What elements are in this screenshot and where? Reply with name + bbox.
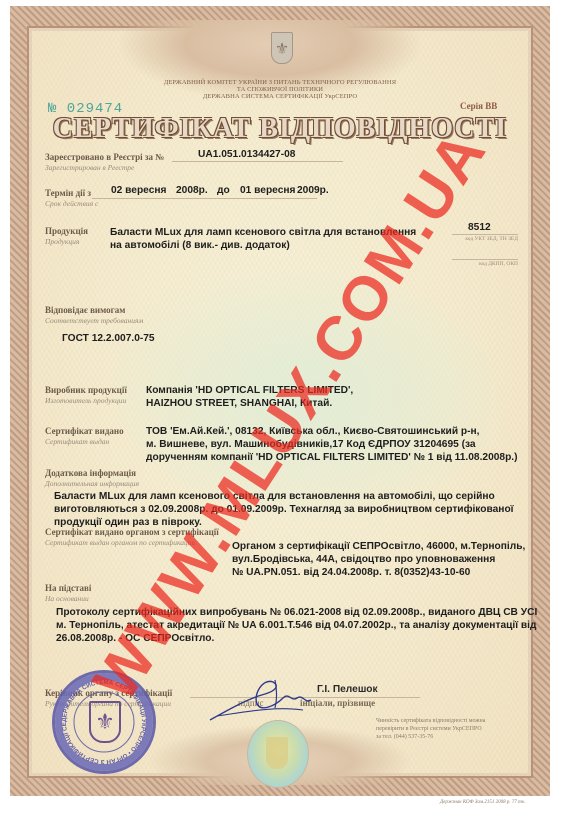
signature-handwriting <box>205 676 315 726</box>
registry-label-ru: Зарегистрирован в Реестре <box>45 163 134 172</box>
additional-info-label: Додаткова інформація <box>45 468 136 478</box>
product-code: 8512 <box>468 221 491 234</box>
issued-to-label-ru: Сертификат выдан <box>45 437 109 446</box>
validity-to-word: до <box>217 184 230 197</box>
trident-coat-of-arms-icon: ⚜ <box>271 32 293 64</box>
validity-from-year: 2008р. <box>176 184 208 197</box>
requirements-label: Відповідає вимогам <box>45 305 125 315</box>
validity-label: Термін дії з <box>45 188 91 198</box>
verification-note-line-3: за тел. (044) 537-35-76 <box>376 733 433 741</box>
verification-note-line-1: Чинність сертифіката відповідності можна <box>376 717 485 725</box>
basis-label: На підставі <box>45 583 91 593</box>
product-label-ru: Продукция <box>45 237 79 246</box>
verification-note-line-2: перевірити в Реєстрі системи УкрСЕПРО <box>376 725 482 733</box>
certificate-series: Серія ВВ <box>460 101 497 111</box>
requirements-label-ru: Соответствует требованиям <box>45 316 143 325</box>
hologram-seal <box>247 720 309 788</box>
manufacturer-label-ru: Изготовитель продукции <box>45 396 126 405</box>
product-label: Продукція <box>45 226 88 236</box>
issuing-body-line-2: вул.Бродівська, 44А, свідоцтво про уповн… <box>232 553 495 566</box>
validity-to-day: 01 вересня <box>240 184 295 197</box>
issuer-line-3: ДЕРЖАВНА СИСТЕМА СЕРТИФІКАЦІЇ УкрСЕПРО <box>140 93 420 101</box>
product-code-caption: код УКТ ЗЕД, ТН ЗЕД <box>452 234 518 242</box>
validity-to-year: 2009р. <box>297 184 329 197</box>
registry-label: Зареєстровано в Реєстрі за № <box>45 152 164 162</box>
product-line-2: на автомобілі (8 вик.- див. додаток) <box>110 239 290 252</box>
issuing-body-line-1: Органом з сертифікації СЕПРОсвітло, 4600… <box>232 540 525 553</box>
validity-from-day: 02 вересня <box>111 184 166 197</box>
printer-note: Держзнак КОФ Зам.2151 2008 р. 77 тв. <box>440 800 525 805</box>
issued-to-label: Сертифікат видано <box>45 426 124 436</box>
additional-info-line-2: виготовляються з 02.09.2008р. до 01.09.2… <box>54 503 514 516</box>
manufacturer-label: Виробник продукції <box>45 385 127 395</box>
hologram-trident-icon <box>266 737 288 769</box>
basis-label-ru: На основании <box>45 594 89 603</box>
additional-info-label-ru: Дополнительная информация <box>45 479 139 488</box>
validity-label-ru: Срок действия с <box>45 199 98 208</box>
product-code2-caption: код ДКПП, ОКП <box>452 259 518 267</box>
registry-number: UA1.051.0134427-08 <box>172 148 343 162</box>
signatory-name: Г.І. Пелешок <box>317 683 378 696</box>
issued-to-line-3: дорученням компанії 'HD OPTICAL FILTERS … <box>146 451 518 464</box>
requirements-standard: ГОСТ 12.2.007.0-75 <box>62 332 155 345</box>
issuing-body-line-3: № UA.PN.051. від 24.04.2008р. т. 8(0352)… <box>232 566 470 579</box>
